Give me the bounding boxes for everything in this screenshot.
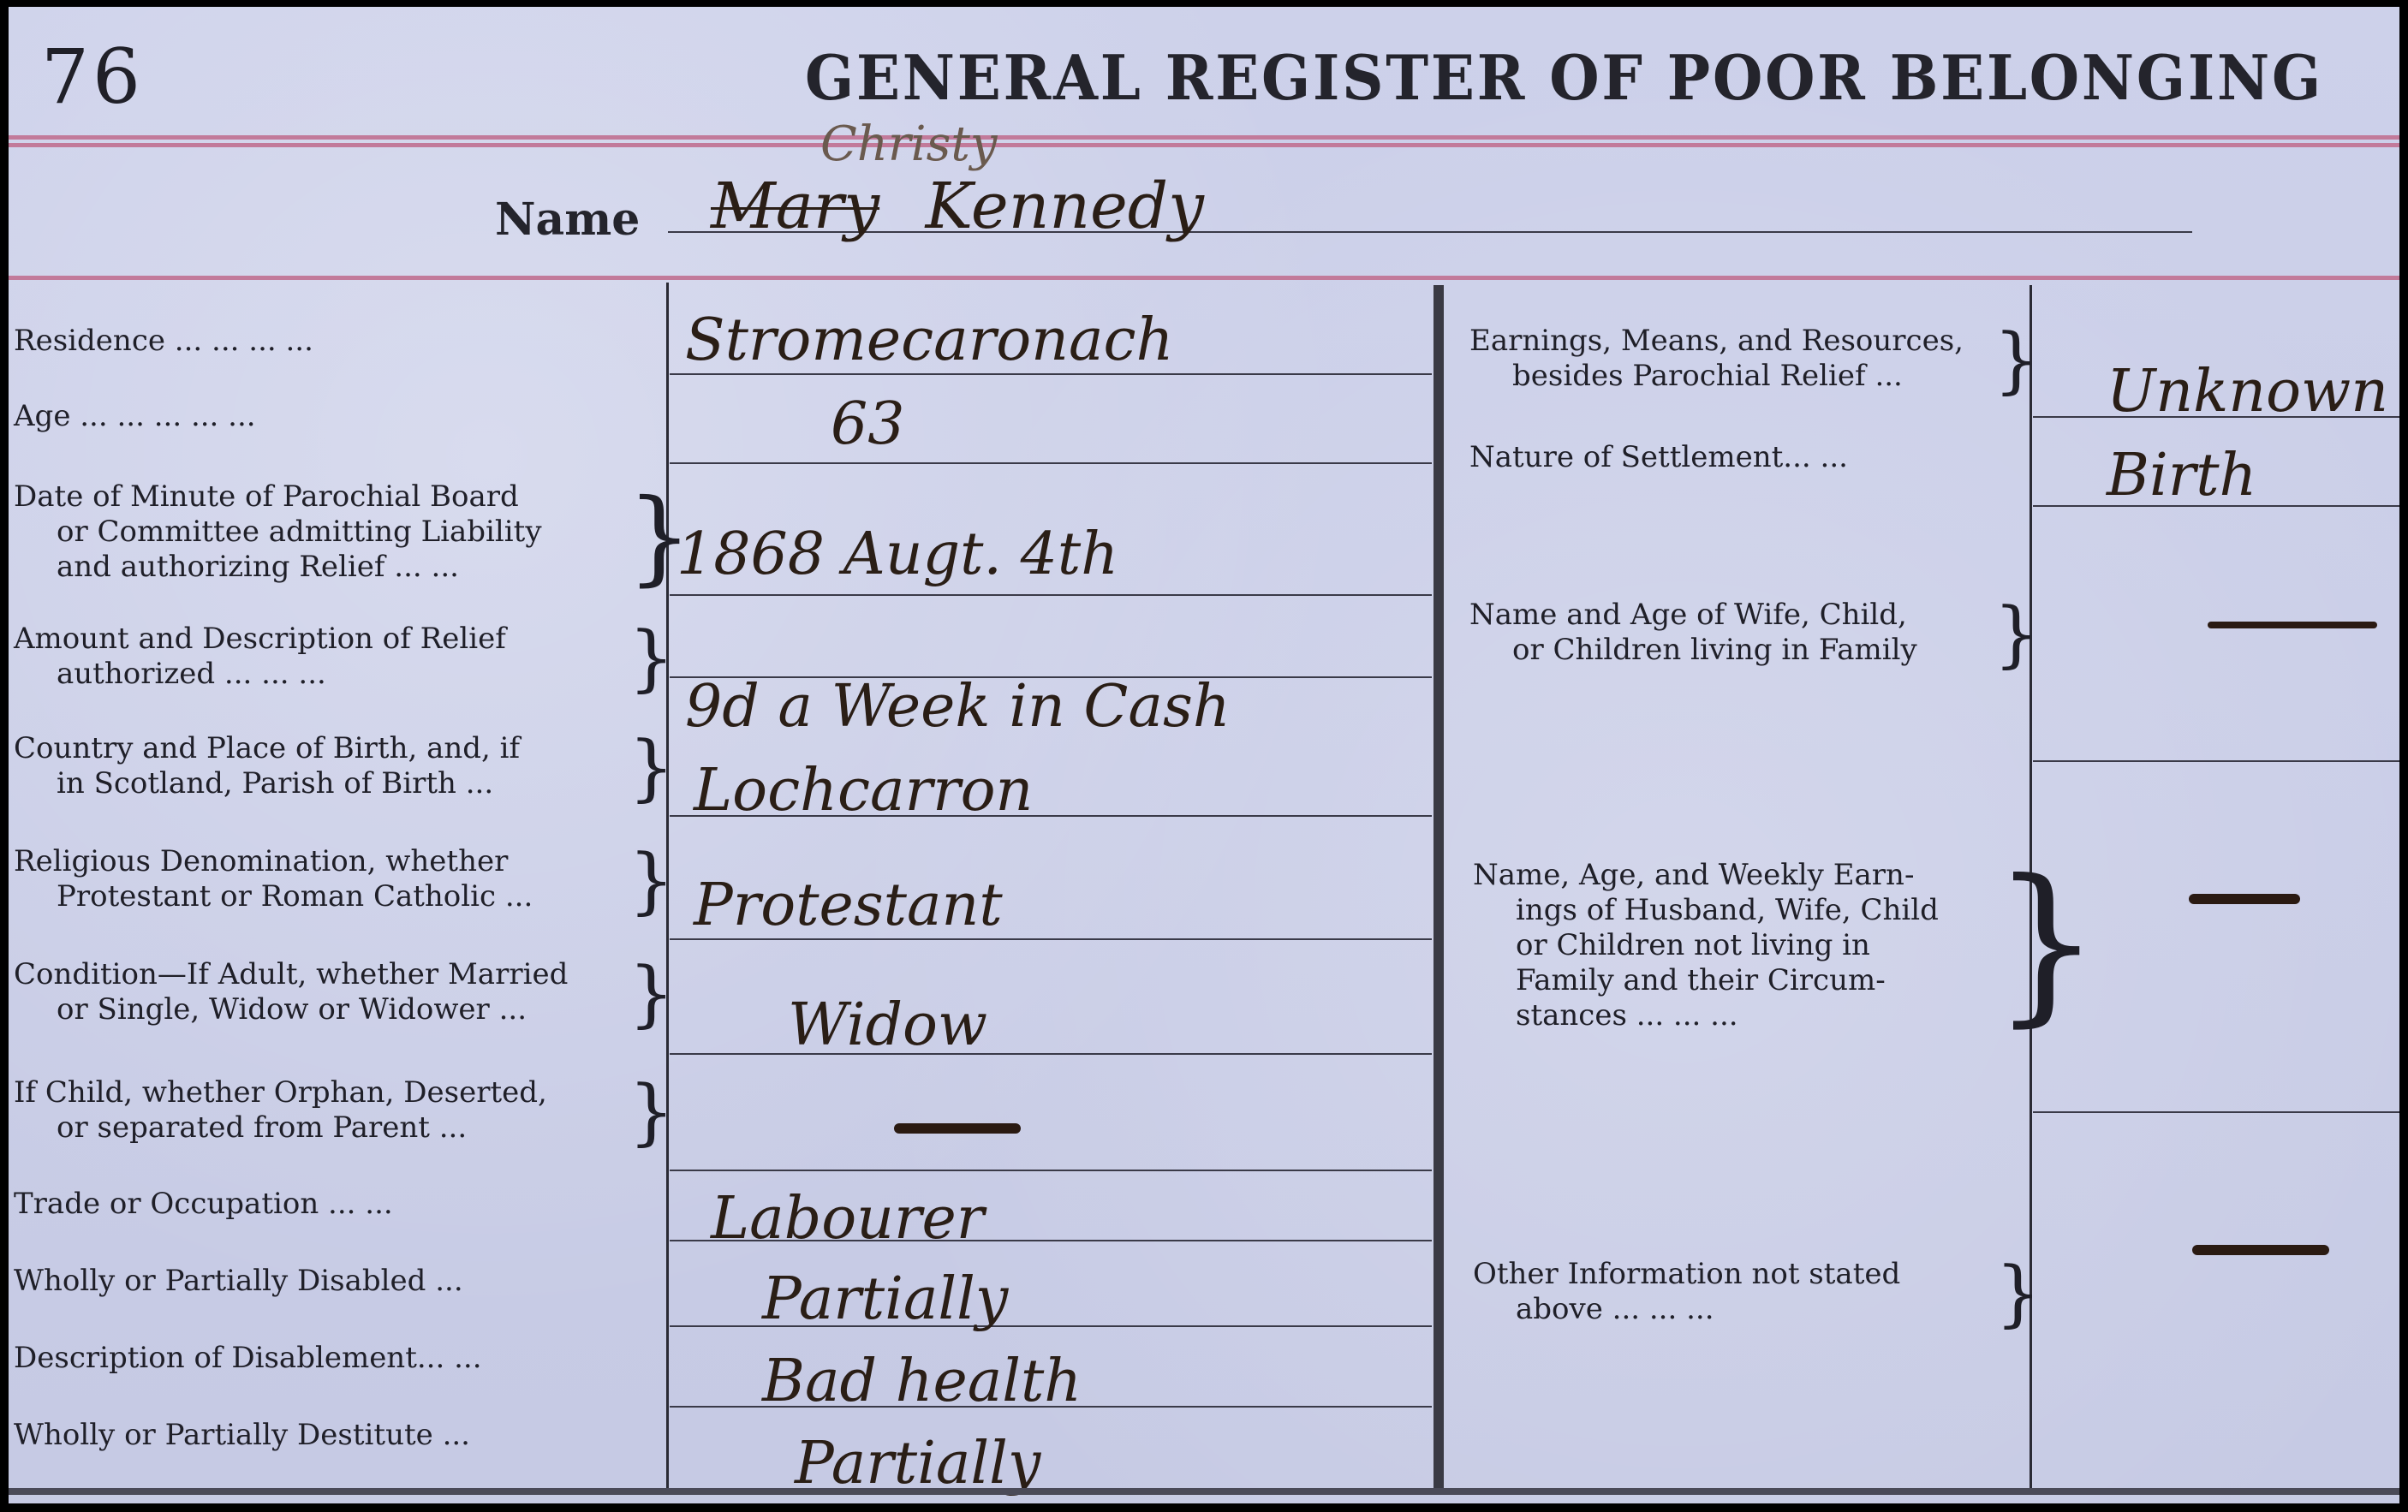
- label-if-child: If Child, whether Orphan, Deserted, or s…: [14, 1075, 547, 1146]
- value-condition: Widow: [788, 991, 987, 1059]
- row-rule: [670, 1170, 1432, 1171]
- register-title: GENERAL REGISTER OF POOR BELONGING: [805, 41, 2323, 114]
- value-other-information-dash: [2192, 1245, 2329, 1255]
- label-religious-denomination: Religious Denomination, whether Protesta…: [14, 844, 533, 914]
- brace-icon: }: [629, 1075, 674, 1147]
- register-page: 76 GENERAL REGISTER OF POOR BELONGING Na…: [9, 7, 2399, 1503]
- header-single-rule: [9, 276, 2399, 280]
- value-wife-children-dash: [2208, 622, 2377, 628]
- brace-icon: }: [1994, 324, 2039, 396]
- value-family-not-living-dash: [2189, 894, 2300, 904]
- brace-icon: }: [629, 957, 674, 1029]
- value-religion: Protestant: [694, 872, 1003, 939]
- brace-icon: }: [629, 622, 674, 693]
- right-row-rule: [2033, 760, 2399, 762]
- label-trade: Trade or Occupation ... ...: [14, 1187, 393, 1222]
- label-amount-of-relief: Amount and Description of Relief authori…: [14, 622, 506, 692]
- brace-icon: }: [629, 844, 674, 916]
- label-date-of-minute: Date of Minute of Parochial Board or Com…: [14, 479, 542, 585]
- label-wife-children-in-family: Name and Age of Wife, Child, or Children…: [1469, 598, 1917, 668]
- row-rule: [670, 1053, 1432, 1055]
- name-label: Name: [495, 193, 640, 246]
- label-wholly-destitute: Wholly or Partially Destitute ...: [14, 1418, 470, 1453]
- label-condition: Condition—If Adult, whether Married or S…: [14, 957, 568, 1027]
- center-divider: [1433, 285, 1444, 1488]
- brace-icon: }: [629, 731, 674, 803]
- name-correction: Christy: [820, 116, 997, 172]
- bottom-rule: [9, 1488, 2399, 1495]
- value-wholly-disabled: Partially: [762, 1265, 1008, 1333]
- label-description-disablement: Description of Disablement... ...: [14, 1341, 482, 1376]
- brace-icon: }: [1995, 1257, 2041, 1329]
- label-family-not-living: Name, Age, and Weekly Earn- ings of Husb…: [1473, 858, 1939, 1033]
- value-place-of-birth: Lochcarron: [694, 757, 1033, 824]
- value-residence: Stromecaronach: [685, 307, 1173, 374]
- value-amount-of-relief: 9d a Week in Cash: [685, 673, 1231, 741]
- value-date-of-minute: 1868 Augt. 4th: [677, 521, 1118, 588]
- row-rule: [670, 594, 1432, 596]
- value-trade: Labourer: [711, 1185, 984, 1253]
- page-number: 76: [41, 33, 144, 121]
- brace-icon: }: [1994, 598, 2039, 670]
- row-rule: [670, 462, 1432, 464]
- label-earnings-means: Earnings, Means, and Resources, besides …: [1469, 324, 1964, 394]
- label-wholly-disabled: Wholly or Partially Disabled ...: [14, 1264, 463, 1299]
- struck-first-name: Mary: [711, 170, 879, 243]
- label-nature-of-settlement: Nature of Settlement... ...: [1469, 440, 1848, 475]
- label-place-of-birth: Country and Place of Birth, and, if in S…: [14, 731, 520, 801]
- label-age: Age ... ... ... ... ...: [14, 399, 256, 434]
- value-if-child-dash: [894, 1123, 1021, 1134]
- value-age: 63: [831, 390, 905, 458]
- label-residence: Residence ... ... ... ...: [14, 324, 313, 359]
- value-description-disablement: Bad health: [762, 1348, 1082, 1415]
- label-other-information: Other Information not stated above ... .…: [1473, 1257, 1900, 1327]
- brace-icon: }: [1992, 858, 2101, 1029]
- surname: Kennedy: [926, 170, 1204, 243]
- value-nature-of-settlement: Birth: [2107, 442, 2256, 509]
- name-value: Mary Kennedy: [711, 170, 1204, 243]
- header-double-rule: [9, 135, 2399, 147]
- value-earnings-means: Unknown: [2107, 358, 2388, 426]
- right-row-rule: [2033, 1111, 2399, 1113]
